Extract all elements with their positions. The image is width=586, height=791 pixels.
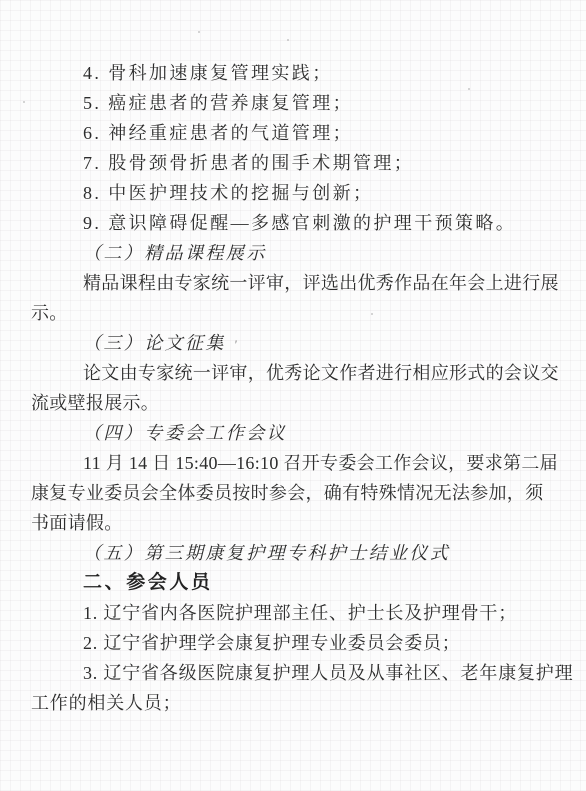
list-item-5-text: 5. 癌症患者的营养康复管理； [83, 93, 353, 113]
participant-item-3b-text: 工作的相关人员； [31, 693, 181, 713]
document-page: 4. 骨科加速康复管理实践；5. 癌症患者的营养康复管理；6. 神经重症患者的气… [0, 0, 586, 791]
list-item-6: 6. 神经重症患者的气道管理； [31, 118, 576, 148]
participant-item-3b: 工作的相关人员； [31, 688, 576, 718]
para-courses-line1: 精品课程由专家统一评审，评选出优秀作品在年会上进行展 [31, 268, 576, 298]
para-meeting-line2-text: 康复专业委员会全体委员按时参会，确有特殊情况无法参加，须 [31, 483, 543, 503]
list-item-9-text: 9. 意识障碍促醒—多感官刺激的护理干预策略。 [83, 213, 516, 233]
section-4-title-text: （四）专委会工作会议 [83, 423, 287, 443]
scan-speck [371, 313, 373, 315]
heading-participants: 二、参会人员 [31, 568, 576, 598]
para-papers-line1-text: 论文由专家统一评审，优秀论文作者进行相应形式的会议交 [83, 363, 559, 383]
section-3-title: （三）论文征集' [31, 328, 576, 358]
participant-item-3a-text: 3. 辽宁省各级医院康复护理人员及从事社区、老年康复护理 [83, 663, 573, 683]
list-item-8-text: 8. 中医护理技术的挖掘与创新； [83, 183, 373, 203]
para-meeting-line3: 书面请假。 [31, 508, 576, 538]
para-papers-line2: 流或壁报展示。 [31, 388, 576, 418]
para-meeting-line3-text: 书面请假。 [31, 513, 123, 533]
scan-speck [198, 31, 200, 33]
section-5-title: （五）第三期康复护理专科护士结业仪式 [31, 538, 576, 568]
list-item-9: 9. 意识障碍促醒—多感官刺激的护理干预策略。 [31, 208, 576, 238]
participant-item-1: 1. 辽宁省内各医院护理部主任、护士长及护理骨干； [31, 598, 576, 628]
list-item-8: 8. 中医护理技术的挖掘与创新； [31, 178, 576, 208]
heading-participants-text: 二、参会人员 [83, 572, 213, 593]
participant-item-3a: 3. 辽宁省各级医院康复护理人员及从事社区、老年康复护理 [31, 658, 576, 688]
scan-artifact-mark: ' [234, 337, 237, 352]
section-5-title-text: （五）第三期康复护理专科护士结业仪式 [83, 543, 450, 563]
section-2-title: （二）精品课程展示 [31, 238, 576, 268]
section-4-title: （四）专委会工作会议 [31, 418, 576, 448]
participant-item-2-text: 2. 辽宁省护理学会康复护理专业委员会委员； [83, 633, 461, 653]
para-meeting-line1-text: 11 月 14 日 15:40—16:10 召开专委会工作会议，要求第二届 [83, 453, 558, 473]
scan-speck [23, 101, 25, 103]
document-text-block: 4. 骨科加速康复管理实践；5. 癌症患者的营养康复管理；6. 神经重症患者的气… [31, 58, 576, 718]
list-item-5: 5. 癌症患者的营养康复管理； [31, 88, 576, 118]
list-item-7-text: 7. 股骨颈骨折患者的围手术期管理； [83, 153, 414, 173]
para-meeting-line1: 11 月 14 日 15:40—16:10 召开专委会工作会议，要求第二届 [31, 448, 576, 478]
list-item-4: 4. 骨科加速康复管理实践； [31, 58, 576, 88]
scan-speck [498, 462, 500, 464]
scan-speck [287, 39, 289, 41]
para-courses-line2: 示。 [31, 298, 576, 328]
para-meeting-line2: 康复专业委员会全体委员按时参会，确有特殊情况无法参加，须 [31, 478, 576, 508]
list-item-7: 7. 股骨颈骨折患者的围手术期管理； [31, 148, 576, 178]
para-papers-line2-text: 流或壁报展示。 [31, 393, 159, 413]
scan-speck [403, 221, 405, 223]
para-papers-line1: 论文由专家统一评审，优秀论文作者进行相应形式的会议交 [31, 358, 576, 388]
list-item-4-text: 4. 骨科加速康复管理实践； [83, 63, 333, 83]
para-courses-line2-text: 示。 [31, 303, 68, 323]
participant-item-1-text: 1. 辽宁省内各医院护理部主任、护士长及护理骨干； [83, 603, 517, 623]
section-2-title-text: （二）精品课程展示 [83, 243, 267, 263]
scan-speck [468, 88, 470, 90]
para-courses-line1-text: 精品课程由专家统一评审，评选出优秀作品在年会上进行展 [83, 273, 559, 293]
participant-item-2: 2. 辽宁省护理学会康复护理专业委员会委员； [31, 628, 576, 658]
section-3-title-text: （三）论文征集 [83, 333, 226, 353]
list-item-6-text: 6. 神经重症患者的气道管理； [83, 123, 353, 143]
